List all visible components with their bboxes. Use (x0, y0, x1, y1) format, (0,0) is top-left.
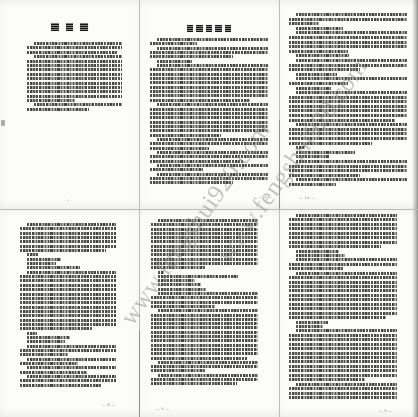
title-glyph (225, 25, 232, 32)
text-line (27, 95, 122, 98)
text-line (27, 258, 61, 261)
text-line (27, 90, 122, 93)
text-line (150, 125, 268, 128)
paragraph (20, 258, 116, 261)
paragraph (20, 336, 116, 339)
text-line (289, 174, 360, 177)
text-line (150, 160, 244, 163)
text-line (296, 123, 407, 126)
title-glyph (80, 23, 88, 31)
text-line (20, 245, 116, 248)
title-glyph (187, 25, 194, 32)
text-line (27, 366, 116, 369)
text-line (27, 82, 122, 85)
scan-edge-shadow (412, 209, 418, 417)
text-line (20, 227, 116, 230)
text-line (150, 94, 268, 97)
text-line (289, 165, 407, 168)
text-line (20, 279, 116, 282)
text-line (289, 245, 381, 248)
text-line (151, 314, 258, 317)
text-line (289, 396, 397, 399)
text-line (151, 335, 258, 338)
paragraph (20, 345, 116, 357)
text-line (296, 272, 397, 275)
paragraph (289, 250, 397, 253)
text-line (20, 314, 116, 317)
text-line (289, 365, 397, 368)
paragraph (150, 38, 268, 45)
text-line (27, 60, 122, 63)
text-line (289, 45, 407, 48)
text-line (20, 371, 87, 374)
text-line (289, 334, 397, 337)
text-line (27, 266, 80, 269)
text-line (289, 142, 372, 145)
text-line (27, 86, 122, 89)
text-line (27, 68, 122, 71)
text-line (157, 173, 268, 176)
text-line (20, 284, 116, 287)
text-line (151, 223, 258, 226)
text-line (296, 54, 349, 57)
text-line (150, 112, 268, 115)
text-line (151, 262, 258, 265)
text-line (150, 177, 268, 180)
text-line (289, 82, 348, 85)
text-line (158, 292, 258, 295)
text-line (151, 249, 258, 252)
paragraph (27, 103, 122, 110)
paragraph (27, 42, 122, 54)
page-number: — 8 — (102, 403, 115, 407)
text-line (289, 289, 397, 292)
text-line (150, 181, 233, 184)
page-title (139, 25, 279, 32)
page-number: — 9 — (379, 409, 392, 413)
text-line (27, 99, 75, 102)
text-line (296, 214, 397, 217)
title-glyph (66, 23, 74, 31)
paragraph (150, 164, 268, 171)
text-line (289, 227, 397, 230)
text-line (289, 356, 397, 359)
text-line (20, 236, 116, 239)
text-line (157, 38, 268, 41)
paragraph (289, 73, 407, 76)
text-line (289, 298, 397, 301)
paragraph (289, 160, 407, 177)
text-line (150, 134, 221, 137)
paragraph (289, 321, 397, 324)
text-line (150, 155, 268, 158)
text-line (151, 378, 258, 381)
text-line (158, 361, 258, 364)
paragraph (289, 254, 397, 257)
scan-artifact-speck (1, 120, 5, 126)
text-line (289, 241, 397, 244)
text-line (289, 392, 397, 395)
text-line (151, 245, 258, 248)
text-line (289, 281, 397, 284)
text-line (289, 68, 360, 71)
text-line (289, 307, 397, 310)
text-line (151, 331, 258, 334)
paragraph (20, 332, 116, 335)
text-line (151, 369, 205, 372)
page-title (0, 23, 139, 31)
text-line (296, 250, 339, 253)
paragraph (289, 27, 407, 30)
text-line (289, 378, 365, 381)
text-line (150, 121, 268, 124)
text-line (20, 301, 116, 304)
text-line (289, 64, 407, 67)
text-line (289, 109, 407, 112)
text-line (27, 77, 122, 80)
scan-edge-shadow (412, 0, 418, 209)
text-line (151, 322, 258, 325)
text-line (20, 293, 116, 296)
text-line (157, 103, 268, 106)
text-column (150, 38, 268, 186)
text-line (151, 339, 258, 342)
page-4: — 8 — (0, 209, 139, 417)
text-line (289, 183, 336, 186)
text-line (34, 55, 122, 58)
text-line (296, 383, 397, 386)
page-number: — 14 — (299, 196, 315, 200)
text-line (150, 129, 268, 132)
grid-divider-dark-segment (279, 120, 280, 209)
text-line (296, 87, 331, 90)
page-5: — 5 — (139, 209, 279, 417)
text-column (20, 223, 116, 388)
text-line (158, 279, 195, 282)
title-glyph (215, 25, 222, 32)
paragraph (150, 60, 268, 63)
paragraph (150, 151, 268, 163)
text-line (150, 90, 268, 93)
text-line (151, 344, 258, 347)
text-line (158, 271, 164, 274)
paragraph (151, 361, 258, 373)
text-line (151, 253, 258, 256)
text-line (296, 13, 407, 16)
text-line (151, 326, 258, 329)
text-line (289, 50, 348, 53)
paragraph (20, 340, 116, 343)
text-line (27, 271, 116, 274)
text-line (34, 42, 122, 45)
text-line (158, 374, 258, 377)
text-line (151, 232, 258, 235)
paragraph (150, 64, 268, 102)
paragraph (150, 103, 268, 136)
text-line (289, 352, 397, 355)
text-line (150, 168, 203, 171)
text-line (27, 46, 122, 49)
text-line (150, 55, 233, 58)
text-line (296, 321, 328, 324)
grid-divider-dark-segment (139, 330, 140, 417)
paragraph (289, 91, 407, 122)
text-line (158, 283, 201, 286)
text-line (289, 137, 407, 140)
paragraph (20, 262, 116, 265)
paragraph (289, 31, 407, 52)
text-line (150, 116, 268, 119)
text-line (27, 253, 39, 256)
text-line (151, 228, 258, 231)
text-line (289, 343, 397, 346)
text-line (27, 345, 116, 348)
paragraph (151, 219, 258, 269)
text-line (296, 151, 355, 154)
text-line (289, 374, 397, 377)
text-line (158, 288, 206, 291)
page-number: · 5 · (64, 199, 73, 203)
paragraph (150, 47, 268, 59)
text-column (151, 219, 258, 387)
paragraph (289, 77, 407, 85)
text-line (27, 108, 89, 111)
text-line (289, 128, 407, 131)
text-line (296, 178, 407, 181)
text-line (151, 357, 247, 360)
text-line (296, 27, 343, 30)
title-glyph (51, 23, 59, 31)
text-line (151, 258, 258, 261)
text-line (150, 108, 268, 111)
paragraph (289, 178, 407, 186)
text-line (289, 360, 397, 363)
text-line (151, 266, 205, 269)
text-line (289, 232, 397, 235)
paragraph (151, 275, 258, 278)
page-6: — 9 — (279, 209, 418, 417)
paragraph (289, 258, 397, 270)
text-line (150, 42, 197, 45)
text-line (158, 275, 238, 278)
text-line (296, 31, 407, 34)
text-line (150, 77, 268, 80)
page-number: — 4 — (259, 195, 272, 199)
text-column (289, 214, 397, 400)
text-line (151, 305, 215, 308)
title-glyph (196, 25, 203, 32)
paragraph (289, 54, 407, 57)
text-line (158, 219, 258, 222)
paragraph (151, 271, 258, 274)
text-line (289, 132, 407, 135)
text-line (289, 100, 407, 103)
text-line (289, 316, 386, 319)
text-line (296, 155, 329, 158)
text-line (296, 254, 345, 257)
text-line (150, 86, 268, 89)
text-line (151, 318, 258, 321)
text-line (157, 60, 192, 63)
text-line (157, 138, 268, 141)
paragraph (150, 138, 268, 150)
text-line (27, 262, 56, 265)
text-line (20, 275, 116, 278)
paragraph (289, 272, 397, 319)
paragraph (151, 279, 258, 282)
paragraph (20, 366, 116, 373)
text-line (289, 41, 407, 44)
paragraph (289, 59, 407, 71)
text-line (289, 285, 397, 288)
text-line (289, 169, 407, 172)
paragraph (289, 87, 407, 90)
text-line (27, 340, 65, 343)
text-line (27, 73, 122, 76)
text-line (27, 358, 116, 361)
text-line (296, 77, 407, 80)
text-line (150, 99, 250, 102)
text-line (289, 303, 397, 306)
text-line (289, 36, 407, 39)
paragraph (289, 146, 407, 149)
text-line (150, 147, 209, 150)
paragraph (27, 55, 122, 102)
text-line (27, 223, 116, 226)
text-line (150, 142, 268, 145)
scanned-pages-sheet: · 5 · — 4 — — 14 — — 8 — — 5 — — 9 — www… (0, 0, 418, 417)
text-line (27, 375, 116, 378)
text-line (157, 47, 268, 50)
text-line (296, 160, 407, 163)
text-line (289, 267, 343, 270)
paragraph (151, 283, 258, 286)
text-line (157, 164, 268, 167)
paragraph (289, 123, 407, 144)
page-1: · 5 · (0, 0, 139, 209)
text-line (289, 294, 397, 297)
text-line (289, 96, 407, 99)
text-line (34, 103, 122, 106)
text-line (20, 232, 116, 235)
text-line (150, 81, 268, 84)
text-line (296, 91, 407, 94)
text-line (289, 218, 397, 221)
paragraph (289, 329, 397, 381)
text-line (150, 73, 268, 76)
paragraph (150, 173, 268, 185)
text-line (20, 249, 106, 252)
text-line (20, 319, 116, 322)
text-line (27, 64, 122, 67)
text-line (20, 327, 92, 330)
text-line (289, 223, 397, 226)
text-line (150, 51, 268, 54)
text-line (151, 236, 258, 239)
paragraph (20, 358, 116, 365)
text-line (20, 323, 116, 326)
paragraph (20, 253, 116, 256)
paragraph (20, 271, 116, 330)
paragraph (151, 288, 258, 291)
page-2: — 4 — (139, 0, 279, 209)
text-line (289, 312, 397, 315)
text-line (157, 151, 268, 154)
text-line (289, 22, 319, 25)
text-line (151, 365, 258, 368)
text-line (296, 258, 397, 261)
paragraph (151, 374, 258, 386)
paragraph (20, 266, 116, 269)
text-line (289, 114, 407, 117)
text-line (151, 382, 237, 385)
page-3: — 14 — (279, 0, 418, 209)
text-line (289, 263, 397, 266)
text-line (289, 236, 397, 239)
text-line (20, 362, 78, 365)
text-line (151, 301, 258, 304)
page-number: — 5 — (156, 407, 169, 411)
paragraph (20, 375, 116, 387)
text-line (20, 379, 116, 382)
text-line (289, 105, 407, 108)
text-line (151, 240, 258, 243)
text-line (20, 297, 116, 300)
text-line (289, 338, 397, 341)
grid-divider-horizontal (0, 209, 418, 210)
text-line (27, 51, 117, 54)
text-line (157, 64, 268, 67)
paragraph (20, 223, 116, 252)
text-line (289, 18, 407, 21)
paragraph (289, 155, 407, 158)
text-line (289, 387, 397, 390)
text-line (20, 240, 116, 243)
text-line (289, 276, 397, 279)
text-line (296, 325, 323, 328)
text-line (289, 369, 397, 372)
text-line (27, 332, 37, 335)
text-line (158, 309, 258, 312)
paragraph (289, 383, 397, 399)
paragraph (289, 151, 407, 154)
text-line (151, 296, 258, 299)
paragraph (289, 13, 407, 25)
title-glyph (206, 25, 213, 32)
text-line (20, 353, 68, 356)
text-line (151, 352, 258, 355)
text-column (289, 13, 407, 188)
text-line (296, 73, 337, 76)
text-column (27, 42, 122, 112)
paragraph (289, 214, 397, 248)
text-line (150, 68, 268, 71)
text-line (20, 306, 116, 309)
text-line (20, 384, 102, 387)
text-line (20, 349, 116, 352)
text-line (20, 310, 116, 313)
text-line (27, 336, 70, 339)
paragraph (151, 292, 258, 308)
paragraph (289, 325, 397, 328)
text-line (296, 329, 397, 332)
text-line (289, 119, 395, 122)
text-line (296, 59, 407, 62)
text-line (20, 288, 116, 291)
paragraph (151, 309, 258, 359)
text-line (151, 348, 258, 351)
text-line (289, 347, 397, 350)
